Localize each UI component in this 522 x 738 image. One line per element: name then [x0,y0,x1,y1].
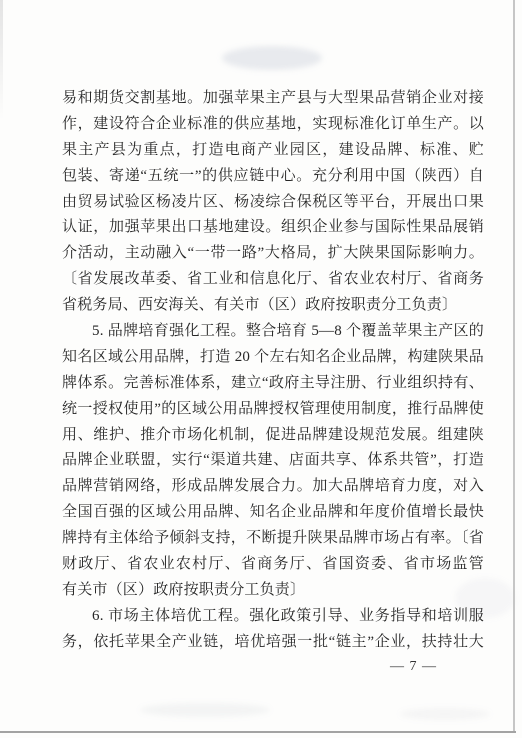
text-line: 统一授权使用”的区域公用品牌授权管理使用制度，推行品牌使 [62,397,484,423]
page-edge-bottom [0,731,516,733]
text-line: 〔省发展改革委、省工业和信息化厅、省农业农村厅、省商务厅、 [62,267,484,293]
text-line: 财政厅、省农业农村厅、省商务厅、省国资委、省市场监管局、 [62,552,484,578]
text-line: 由贸易试验区杨凌片区、杨凌综合保税区等平台，开展出口果园 [62,190,484,216]
text-line: 认证，加强苹果出口基地建设。组织企业参与国际性果品展销推 [62,215,484,241]
text-line: 5. 品牌培育强化工程。整合培育 5—8 个覆盖苹果主产区的 [62,319,484,345]
page-edge-right [513,0,515,733]
text-line: 介活动，主动融入“一带一路”大格局，扩大陕果国际影响力。 [62,241,484,267]
scan-artifact [140,703,270,717]
text-line: 全国百强的区域公用品牌、知名企业品牌和年度价值增长最快品 [62,500,484,526]
text-line: 用、维护、推介市场化机制，促进品牌建设规范发展。组建陕果 [62,423,484,449]
text-line: 果主产县为重点，打造电商产业园区，建设品牌、标准、贮存、 [62,138,484,164]
text-line: 牌持有主体给予倾斜支持，不断提升陕果品牌市场占有率。〔省 [62,526,484,552]
text-line: 品牌营销网络，形成品牌发展合力。加大品牌培育力度，对入选 [62,474,484,500]
text-line: 省税务局、西安海关、有关市（区）政府按职责分工负责〕 [62,293,484,319]
text-line: 有关市（区）政府按职责分工负责〕 [62,578,484,604]
text-line: 6. 市场主体培优工程。强化政策引导、业务指导和培训服 [62,604,484,630]
text-line: 务，依托苹果全产业链，培优培强一批“链主”企业，扶持壮大 [62,630,484,656]
text-line: 知名区域公用品牌，打造 20 个左右知名企业品牌，构建陕果品 [62,345,484,371]
text-line: 包装、寄递“五统一”的供应链中心。充分利用中国（陕西）自 [62,164,484,190]
text-line: 易和期货交割基地。加强苹果主产县与大型果品营销企业对接合 [62,86,484,112]
scanned-document-page: 易和期货交割基地。加强苹果主产县与大型果品营销企业对接合作，建设符合企业标准的供… [0,0,522,738]
scan-artifact [222,46,322,70]
page-edge-left [0,0,3,120]
text-line: 作，建设符合企业标准的供应基地，实现标准化订单生产。以苹 [62,112,484,138]
scan-artifact [400,708,490,720]
text-line: 牌体系。完善标准体系，建立“政府主导注册、行业组织持有、 [62,371,484,397]
page-number: — 7 — [390,659,437,675]
document-text-block: 易和期货交割基地。加强苹果主产县与大型果品营销企业对接合作，建设符合企业标准的供… [62,86,484,656]
text-line: 品牌企业联盟，实行“渠道共建、店面共享、体系共管”，打造 [62,448,484,474]
